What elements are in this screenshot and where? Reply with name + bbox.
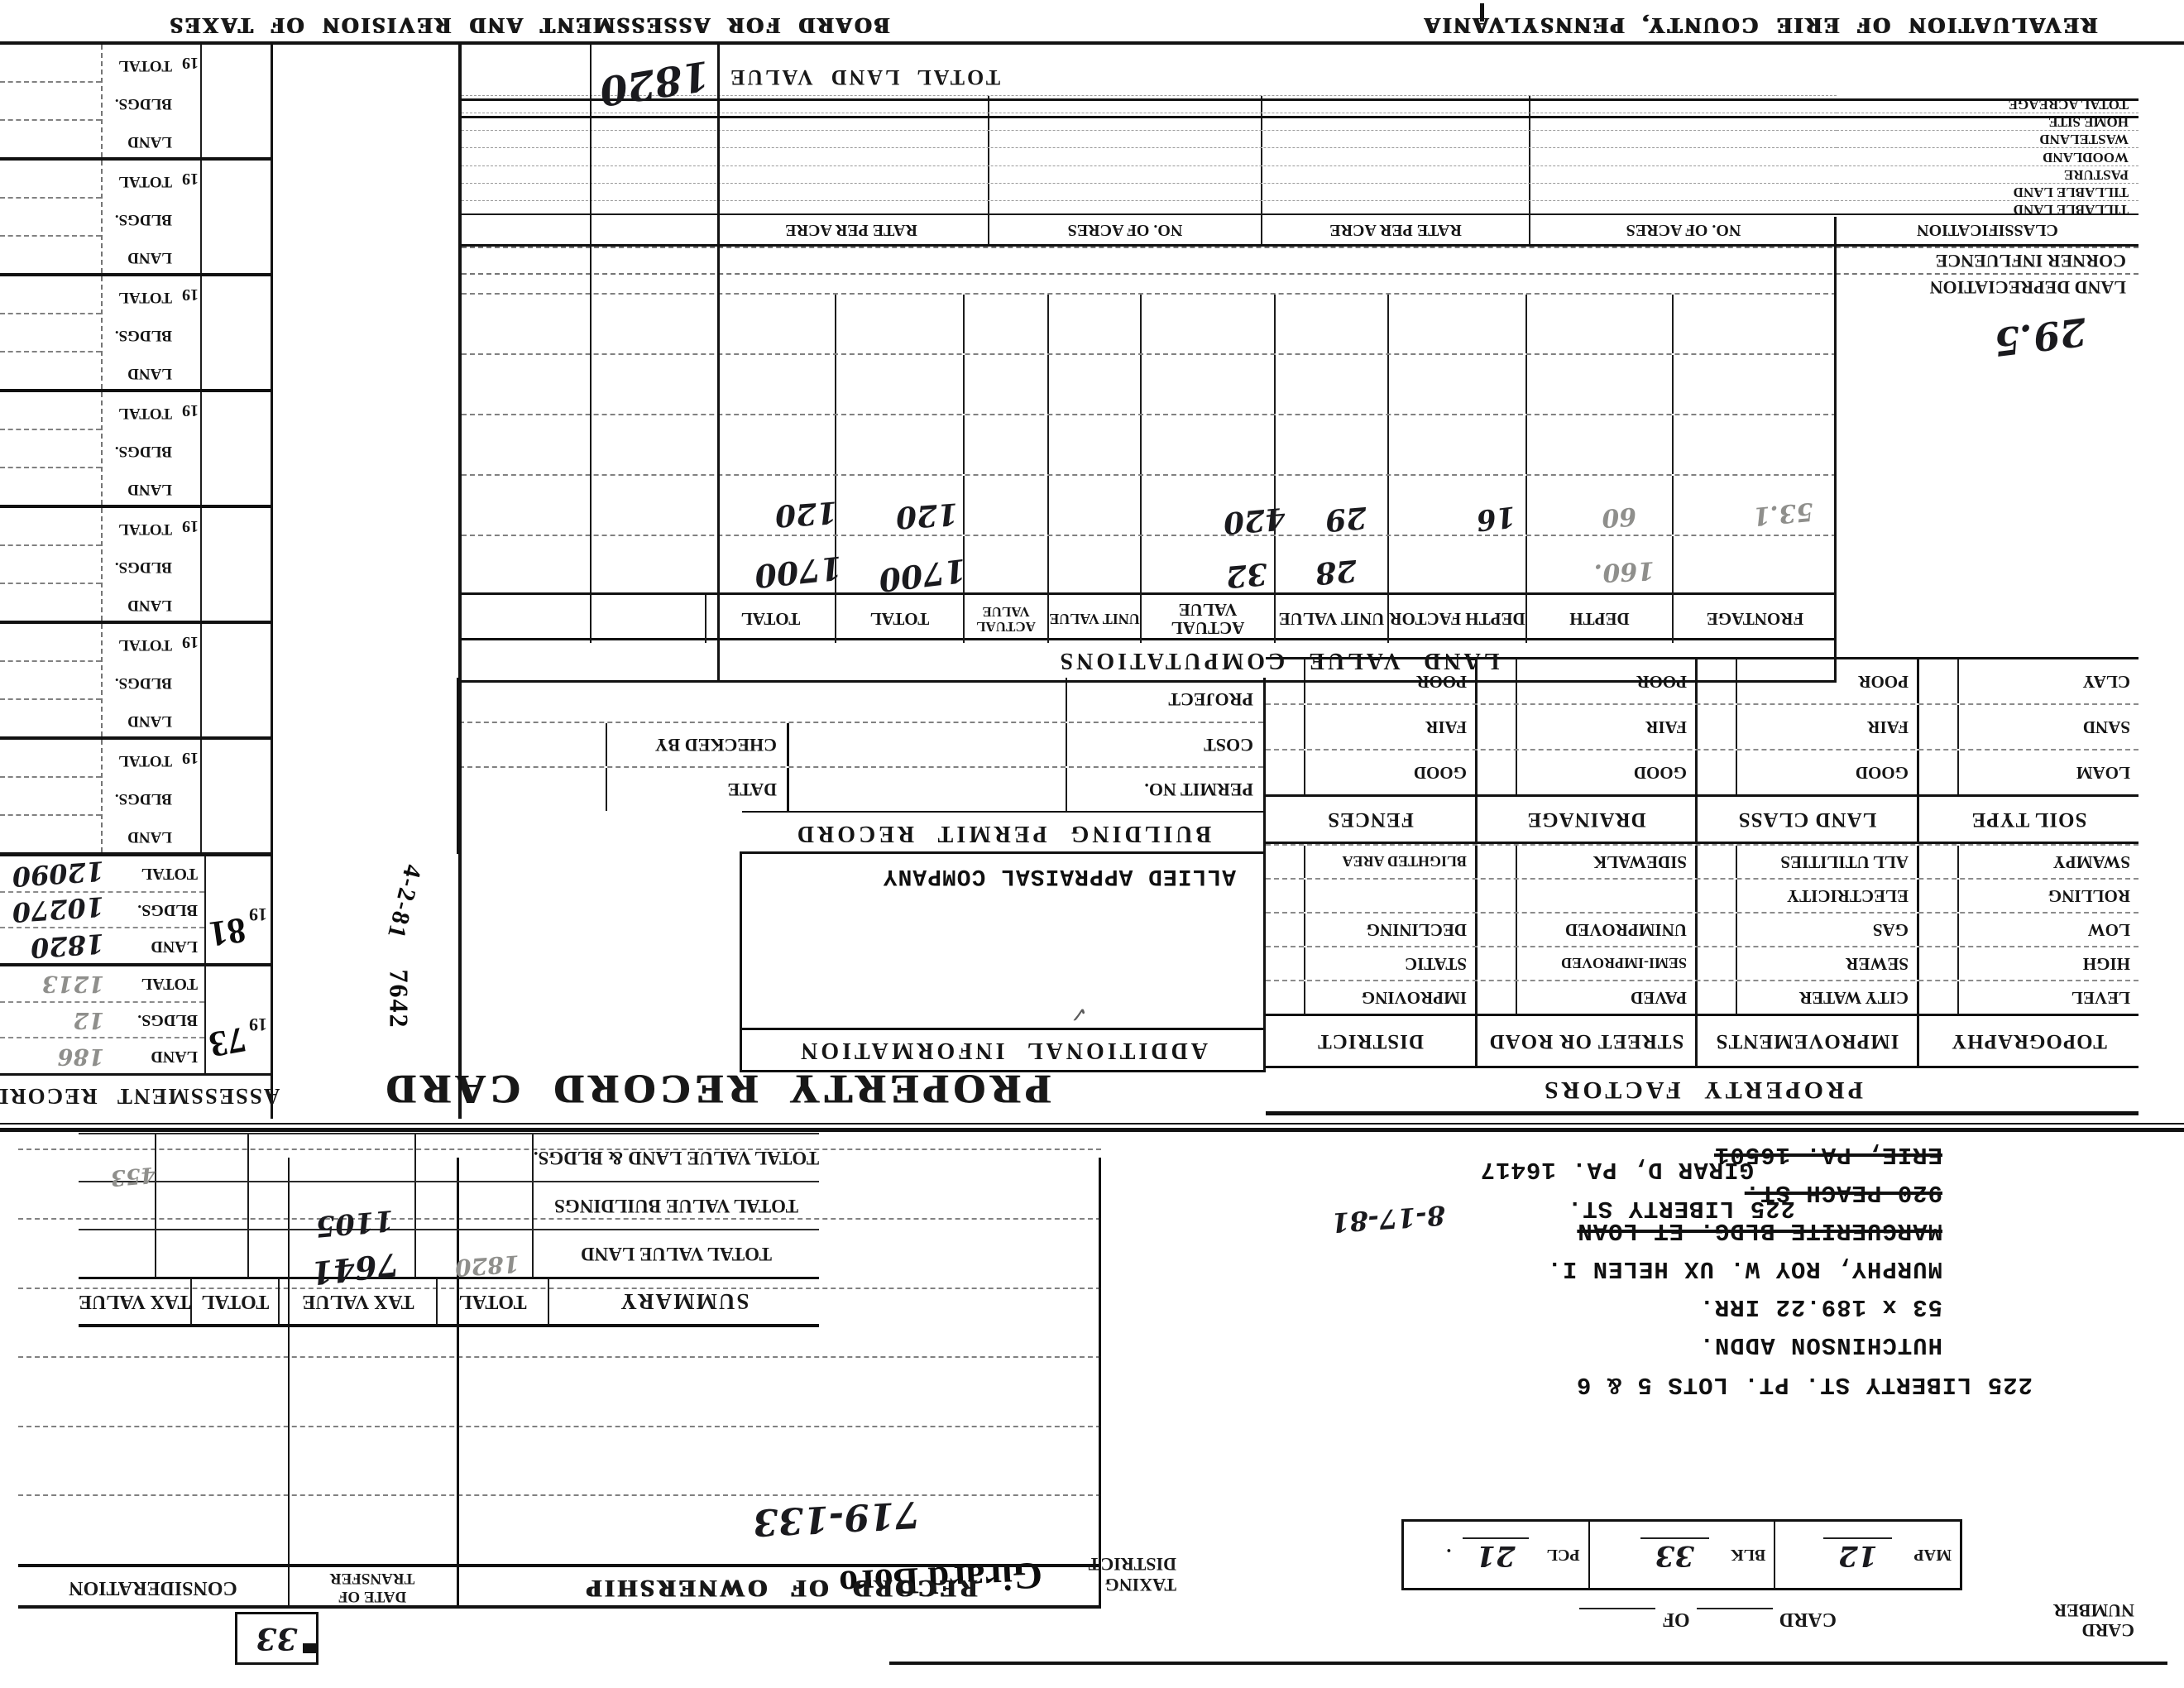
classification-labels: TILLABLE LAND TILLABLE LAND PASTURE WOOD…: [1837, 96, 2138, 218]
street-blank: [1517, 880, 1695, 912]
classification-cell: [462, 148, 587, 165]
lvc-cell: [1142, 415, 1276, 474]
revision-value-line: [0, 508, 101, 544]
head-fences: FENCES: [1266, 797, 1478, 842]
summary-lb-total-cell: [416, 1134, 534, 1181]
total-label: TOTAL: [118, 751, 172, 770]
card-number-label-line2: NUMBER: [2053, 1600, 2134, 1621]
revision-groups: 19 LAND BLDGS. TOTAL 19 LAND BLDGS. TOTA…: [0, 45, 273, 852]
summary-bldg-tax-handwriting: 1105: [314, 1203, 395, 1243]
classification-cell: [715, 166, 989, 183]
permit-row-3: PROJECT: [459, 678, 1263, 722]
checkbox-cell: [1698, 947, 1737, 980]
permit-project-label: PROJECT: [1066, 678, 1263, 722]
year-prefix: 19: [182, 169, 199, 188]
building-permit-title: BUILDING PERMIT RECORD: [742, 811, 1263, 854]
bldgs-label: BLDGS.: [115, 442, 172, 460]
classification-cell: [989, 184, 1262, 200]
date-of-transfer-line2: TRANSFER: [330, 1570, 414, 1587]
revision-year-labels: 19 LAND BLDGS. TOTAL: [101, 740, 200, 852]
rule: [889, 1662, 2167, 1665]
revision-value-col: [0, 740, 101, 852]
land-value-1981: 1820: [30, 928, 105, 964]
lvc-cell: [1389, 536, 1527, 595]
revision-group: 19 LAND BLDGS. TOTAL: [0, 157, 273, 273]
revision-value-col: [0, 45, 101, 157]
map-cell: MAP 12: [1774, 1522, 1960, 1588]
checkbox-cell: [1919, 880, 1959, 912]
blank-line: [1579, 1608, 1655, 1629]
assessment-row: LAND 186: [0, 1037, 204, 1073]
impr-city-water: CITY WATER: [1737, 981, 1917, 1014]
classification-head-rate-2: RATE PER ACRE: [715, 215, 989, 244]
revision-group: 19 LAND BLDGS. TOTAL: [0, 273, 273, 389]
revision-blank-col: [200, 624, 273, 736]
blk-cell: BLK 33: [1588, 1522, 1774, 1588]
lvc-cell: [1389, 295, 1527, 353]
checkbox-cell: [1919, 750, 1959, 794]
total-label: TOTAL: [118, 172, 172, 190]
factors-row-3: LOW GAS UNIMPROVED DECLINING: [1266, 912, 2138, 946]
lvc-head-frontage: FRONTAGE: [1674, 595, 1837, 643]
classification-cell: [587, 166, 715, 183]
land-label: LAND: [127, 596, 172, 614]
date-of-transfer-line1: DATE OF: [338, 1588, 407, 1605]
total-land-value-label: TOTAL LAND VALUE: [728, 65, 1158, 89]
checkbox-cell: [1698, 981, 1737, 1014]
assessment-rows-1973: LAND 186 BLDGS. 12 TOTAL 1213: [0, 966, 204, 1073]
classification-grid: [462, 95, 1837, 218]
soil-sand: SAND: [1959, 705, 2138, 749]
land-label: LAND: [127, 712, 172, 730]
footer-board: BOARD FOR ASSESSMENT AND REVISION OF TAX…: [168, 12, 889, 38]
date-of-transfer-header: DATE OF TRANSFER: [290, 1569, 455, 1605]
bldgs-value-1981: 10270: [11, 891, 105, 929]
classification-cell: [989, 131, 1262, 147]
assessment-rows-1981: LAND 1820 BLDGS. 10270 TOTAL 12090: [0, 856, 204, 963]
rule: [458, 45, 462, 1119]
bldgs-label: BLDGS.: [115, 558, 172, 576]
revision-year-labels: 19 LAND BLDGS. TOTAL: [101, 392, 200, 505]
taxing-label-line1: TAXING: [1105, 1575, 1176, 1595]
factors-row-5: SWAMPY ALL UTILITIES SIDEWALK BLIGHTED A…: [1266, 844, 2138, 878]
corner-number-value: 33: [256, 1621, 297, 1656]
revision-value-line: [0, 583, 101, 621]
lvc-cell: [1276, 355, 1389, 414]
soil-loam: LOAM: [1959, 750, 2138, 794]
land-label: LAND: [127, 132, 172, 151]
lvc-r2-unit-handwriting: 29: [1324, 500, 1368, 538]
revision-blank-col: [200, 161, 273, 273]
lvc-cell: [1674, 295, 1837, 353]
lvc-body: [462, 293, 1837, 595]
lvc-head-unit-value-2: UNIT VALUE: [1049, 595, 1142, 643]
lvc-head-blank-2: [462, 595, 577, 643]
summary-lb-total2-cell: [156, 1134, 249, 1181]
year-prefix: 19: [249, 1014, 267, 1035]
lvc-cell: [1276, 295, 1389, 353]
checkbox-cell: [1266, 750, 1305, 794]
classification-cell: [715, 131, 989, 147]
classification-cell: [462, 184, 587, 200]
classification-cell: [1530, 201, 1837, 218]
summary-row-landbldgs-label: TOTAL VALUE LAND & BLDGS.: [534, 1134, 819, 1181]
bldgs-label: BLDGS.: [115, 94, 172, 113]
checkbox-cell: [1919, 659, 1959, 703]
revision-value-col: [0, 508, 101, 621]
lvc-head-actual-value-2: ACTUAL VALUE: [965, 595, 1049, 643]
checkbox-cell: [1919, 914, 1959, 946]
lvc-cell: [836, 295, 965, 353]
lvc-cell: [965, 355, 1049, 414]
classification-cell: [715, 148, 989, 165]
summary-table: SUMMARY TOTAL TAX VALUE TOTAL TAX VALUE …: [79, 1133, 819, 1327]
total-label: TOTAL: [118, 404, 172, 422]
blk-label: BLK: [1731, 1546, 1765, 1565]
lvc-title-strip: LAND VALUE COMPUTATIONS: [462, 638, 1837, 683]
main-title: PROPERTY RECORD CARD: [381, 1066, 1051, 1114]
bldgs-label: BLDGS.: [115, 789, 172, 808]
rule: [1834, 217, 1837, 683]
lvc-cell: [706, 295, 836, 353]
soil-row-2: SAND FAIR FAIR FAIR: [1266, 703, 2138, 749]
appraisal-company-line: ALLIED APPRAISAL COMPANY: [883, 863, 1236, 889]
classification-cell: [587, 131, 715, 147]
permit-cost-value-cell: [789, 723, 1066, 766]
blank-line: [1697, 1608, 1773, 1629]
property-address-line: 225 LIBERTY ST. PT. LOTS 5 & 6: [1576, 1371, 2033, 1398]
permit-no-value-cell: [789, 768, 1066, 811]
corner-number-box: 33: [235, 1612, 318, 1665]
checkbox-cell: [1478, 914, 1517, 946]
lvc-r2-depth-handwriting: 60: [1601, 501, 1637, 533]
district-static: STATIC: [1305, 947, 1475, 980]
checkbox-cell: [1266, 914, 1305, 946]
district-declining: DECLINING: [1305, 914, 1475, 946]
year-cell-1981: 19 81: [204, 856, 271, 963]
bldgs-label: BLDGS.: [111, 893, 204, 928]
topo-swampy: SWAMPY: [1959, 846, 2138, 878]
footer-revaluation: REVALUATION OF ERIE COUNTY, PENNSYLVANIA: [1422, 12, 2097, 38]
assessment-row: LAND 1820: [0, 927, 204, 963]
revision-value-line: [0, 429, 101, 467]
card-of-field: CARDOF: [1573, 1608, 1837, 1630]
factors-row-1: LEVEL CITY WATER PAVED IMPROVING: [1266, 980, 2138, 1014]
classification-head-rate-1: RATE PER ACRE: [1262, 215, 1530, 244]
checkbox-cell: [1478, 846, 1517, 878]
classification-head-acres-2: NO. OF ACRES: [989, 215, 1262, 244]
classification-cell: [1262, 166, 1530, 183]
bldgs-label: BLDGS.: [115, 210, 172, 228]
revision-value-col: [0, 276, 101, 389]
classification-cell: [1262, 184, 1530, 200]
fences-fair: FAIR: [1305, 705, 1475, 749]
check-mark: ✓: [1070, 1001, 1088, 1026]
revision-value-line: [0, 467, 101, 505]
class-pasture: PASTURE: [1837, 165, 2138, 183]
land-label: LAND: [127, 364, 172, 382]
lvc-cell: [1527, 355, 1674, 414]
ownership-row: [18, 1494, 1101, 1564]
classification-grid-row: [462, 200, 1837, 218]
bldgs-value-1973: 12: [73, 1007, 104, 1033]
additional-information-body: ✓ ALLIED APPRAISAL COMPANY: [742, 851, 1263, 1028]
lvc-cell: [462, 536, 578, 595]
summary-bldg-total-cell: [416, 1182, 534, 1229]
revision-blank-col: [200, 45, 273, 157]
lvc-cell: [462, 476, 578, 535]
rule: [0, 1073, 273, 1076]
additional-information-box: ADDITIONAL INFORMATION ✓ ALLIED APPRAISA…: [740, 851, 1266, 1072]
summary-title: SUMMARY: [549, 1279, 819, 1324]
lvc-cell: [578, 536, 706, 595]
revision-value-line: [0, 776, 101, 814]
lvc-head-actual-value-1: ACTUAL VALUE: [1142, 595, 1276, 643]
revision-value-line: [0, 197, 101, 235]
revision-year-labels: 19 LAND BLDGS. TOTAL: [101, 45, 200, 157]
classification-cell: [989, 166, 1262, 183]
corner-influence-label: CORNER INFLUENCE: [1936, 250, 2126, 271]
revision-value-line: [0, 313, 101, 351]
checkbox-cell: [1478, 880, 1517, 912]
ownership-row: [18, 1356, 1101, 1426]
factors-row-2: HIGH SEWER SEMI-IMPROVED STATIC: [1266, 946, 2138, 980]
property-factors-header-row: TOPOGRAPHY IMPROVEMENTS STREET OR ROAD D…: [1266, 1014, 2138, 1066]
checkbox-cell: [1266, 947, 1305, 980]
revision-value-line: [0, 544, 101, 583]
classification-cell: [1262, 131, 1530, 147]
classification-head-blank-2: [462, 215, 587, 244]
revision-value-col: [0, 161, 101, 273]
new-city-line: GIRAR D, PA. 16417: [1480, 1156, 1754, 1183]
classification-cell: [715, 184, 989, 200]
revision-year-labels: 19 LAND BLDGS. TOTAL: [101, 508, 200, 621]
classification-cell: [715, 201, 989, 218]
lvc-r2-total2-handwriting: 120: [773, 494, 838, 533]
year-prefix: 19: [182, 632, 199, 651]
rule: [717, 45, 720, 683]
classification-cell: [462, 131, 587, 147]
lvc-r2-factor-handwriting: 16: [1474, 499, 1517, 536]
lvc-cell: [1049, 415, 1142, 474]
classification-cell: [1530, 131, 1837, 147]
rule: [462, 116, 2138, 118]
revision-value-col: [0, 624, 101, 736]
soil-clay: CLAY: [1959, 659, 2138, 703]
lvc-cell: [1389, 415, 1527, 474]
classification-cell: [587, 201, 715, 218]
revision-value-line: [0, 81, 101, 119]
land-depreciation-row-line: [462, 273, 2138, 301]
lvc-row: [462, 353, 1837, 414]
impr-gas: GAS: [1737, 914, 1917, 946]
lvc-cell: [462, 415, 578, 474]
lvc-header-row: FRONTAGE DEPTH DEPTH FACTOR UNIT VALUE A…: [462, 592, 1837, 643]
revision-value-line: [0, 276, 101, 313]
district-blank: [1305, 880, 1475, 912]
revision-value-col: [0, 392, 101, 505]
assessment-row: TOTAL 12090: [0, 856, 204, 891]
revision-group: 19 LAND BLDGS. TOTAL: [0, 505, 273, 621]
map-blk-pcl-box: MAP 12 BLK 33 PCL 21 .: [1401, 1519, 1962, 1590]
topo-rolling: ROLLING: [1959, 880, 2138, 912]
card-of-prefix: CARD: [1779, 1609, 1837, 1630]
checkbox-cell: [1266, 981, 1305, 1014]
revision-value-line: [0, 235, 101, 273]
head-topography: TOPOGRAPHY: [1919, 1016, 2138, 1066]
new-address-line: 225 LIBERTY ST.: [1567, 1195, 1795, 1222]
classification-cell: [462, 166, 587, 183]
card-number-label-line1: CARD: [2081, 1620, 2134, 1641]
impr-electricity: ELECTRICITY: [1737, 880, 1917, 912]
lvc-row: [462, 293, 1837, 353]
lvc-head-total-1: TOTAL: [836, 595, 965, 643]
lvc-head-total-2: TOTAL: [706, 595, 836, 643]
lvc-cell: [706, 355, 836, 414]
corner-influence-row-line: [462, 247, 2138, 273]
lvc-cell: [965, 536, 1049, 595]
bldgs-label: BLDGS.: [115, 674, 172, 692]
checkbox-cell: [1919, 981, 1959, 1014]
revision-value-line: [0, 740, 101, 776]
permit-date-value-cell: [459, 768, 606, 811]
summary-col-taxvalue-2: TAX VALUE: [79, 1279, 192, 1324]
lot-size-line: 53 x 189.22 IRR.: [1699, 1293, 1942, 1321]
pcl-value: 21: [1463, 1537, 1528, 1572]
head-district: DISTRICT: [1266, 1016, 1478, 1066]
classification-cell: [1262, 148, 1530, 165]
revision-blank-col: [200, 276, 273, 389]
year-prefix: 19: [182, 53, 199, 72]
land-label: LAND: [127, 480, 172, 498]
land-depreciation-handwriting: 29.5: [1991, 309, 2089, 364]
lvc-head-blank-1: [577, 595, 706, 643]
lvc-cell: [836, 355, 965, 414]
ownership-title: RECORD OF OWNERSHIP: [459, 1569, 1101, 1607]
pcl-dot: .: [1446, 1544, 1451, 1566]
lvc-cell: [578, 415, 706, 474]
lvc-cell: [965, 415, 1049, 474]
classification-grid-row: [462, 147, 1837, 165]
land-label: LAND: [111, 928, 204, 963]
rule: [0, 852, 273, 856]
rule: [0, 41, 2184, 45]
revision-year-labels: 19 LAND BLDGS. TOTAL: [101, 624, 200, 736]
checkbox-cell: [1698, 880, 1737, 912]
classification-cell: [989, 148, 1262, 165]
lvc-cell: [1527, 295, 1674, 353]
lvc-row: [462, 414, 1837, 474]
classification-head-acres-1: NO. OF ACRES: [1530, 215, 1837, 244]
class-tillable-land-2: TILLABLE LAND: [1837, 183, 2138, 200]
rule: [0, 1128, 2184, 1132]
revision-blank-col: [200, 740, 273, 852]
subdivision-line: HUTCHINSON ADDN.: [1699, 1331, 1942, 1359]
lvc-head-depth: DEPTH: [1527, 595, 1674, 643]
property-factors-title: PROPERTY FACTORS: [1266, 1066, 2138, 1115]
impr-sewer: SEWER: [1737, 947, 1917, 980]
card-face-rotated-180: CARD NUMBER CARDOF MAP 12 BLK 33 PCL 21 …: [0, 0, 2184, 1688]
revision-value-line: [0, 119, 101, 157]
rule: [0, 963, 273, 966]
lvc-title: LAND VALUE COMPUTATIONS: [720, 640, 1837, 680]
year-prefix: 19: [182, 400, 199, 420]
address-change-date-handwriting: 8-17-81: [1330, 1199, 1446, 1239]
land-label: LAND: [127, 248, 172, 266]
property-factors-table: PROPERTY FACTORS TOPOGRAPHY IMPROVEMENTS…: [1266, 657, 2138, 1115]
summary-row-buildings-label: TOTAL VALUE BUILDINGS: [534, 1182, 819, 1229]
district-blighted-area: BLIGHTED AREA: [1305, 846, 1475, 878]
pcl-label: PCL: [1547, 1546, 1580, 1565]
lvc-cell: [836, 415, 965, 474]
class-woodland: WOODLAND: [1837, 147, 2138, 165]
revision-value-line: [0, 698, 101, 736]
total-label: TOTAL: [111, 856, 204, 891]
classification-cell: [989, 201, 1262, 218]
class-tillable-land-1: TILLABLE LAND: [1837, 200, 2138, 218]
head-soil-type: SOIL TYPE: [1919, 797, 2138, 842]
rule: [590, 45, 591, 643]
rule: [462, 98, 2138, 101]
lvc-head-depth-factor: DEPTH FACTOR: [1389, 595, 1527, 643]
land-value-1973: 186: [58, 1043, 104, 1069]
lvc-cell: [1276, 415, 1389, 474]
district-improving: IMPROVING: [1305, 981, 1475, 1014]
classification-grid-row: [462, 165, 1837, 183]
ownership-row: [18, 1426, 1101, 1495]
permit-checked-by-value-cell: [459, 723, 606, 766]
revision-value-line: [0, 161, 101, 197]
revision-value-line: [0, 814, 101, 852]
classification-cell: [1530, 184, 1837, 200]
lvc-cell: [462, 355, 578, 414]
assessment-group-1981: 19 81 LAND 1820 BLDGS. 10270 TOTAL 12090: [0, 856, 271, 963]
topo-low: LOW: [1959, 914, 2138, 946]
consideration-header: CONSIDERATION: [18, 1576, 288, 1599]
assessment-record-title: ASSESSMENT RECORD: [0, 1076, 271, 1117]
classification-cell: [1530, 166, 1837, 183]
ownership-entry-handwriting: 719-133: [752, 1493, 921, 1543]
revision-group: 19 LAND BLDGS. TOTAL: [0, 389, 273, 505]
permit-cost-label: COST: [1066, 723, 1263, 766]
lvc-cell: [1389, 355, 1527, 414]
lvc-cell: [1049, 536, 1142, 595]
date-stamp-4-2-81: 4-2-81: [367, 861, 427, 996]
assessment-row: TOTAL 1213: [0, 966, 204, 1001]
checkbox-cell: [1478, 981, 1517, 1014]
pcl-cell: PCL 21 .: [1404, 1522, 1588, 1588]
owner-name-line: MURPHY, ROY W. UX HELEN I.: [1547, 1255, 1942, 1283]
checkbox-cell: [1478, 705, 1517, 749]
checkbox-cell: [1698, 705, 1737, 749]
impr-all-utilities: ALL UTILITIES: [1737, 846, 1917, 878]
building-permit-table: BUILDING PERMIT RECORD PERMIT NO. DATE C…: [457, 678, 1266, 854]
lvc-head-unit-value-1: UNIT VALUE: [1276, 595, 1389, 643]
assessment-row: BLDGS. 12: [0, 1001, 204, 1038]
year-prefix: 19: [182, 285, 199, 304]
classification-cell: [1530, 148, 1837, 165]
topo-high: HIGH: [1959, 947, 2138, 980]
classification-cell: [587, 184, 715, 200]
year-prefix: 19: [249, 904, 267, 925]
classification-cell: [1262, 201, 1530, 218]
summary-col-total-1: TOTAL: [438, 1279, 548, 1324]
year-cell-1973: 19 73: [204, 966, 271, 1073]
year-prefix: 19: [182, 516, 199, 535]
revision-value-line: [0, 624, 101, 660]
lvc-cell: [1049, 355, 1142, 414]
lvc-r2-actual-handwriting: 420: [1222, 501, 1287, 540]
